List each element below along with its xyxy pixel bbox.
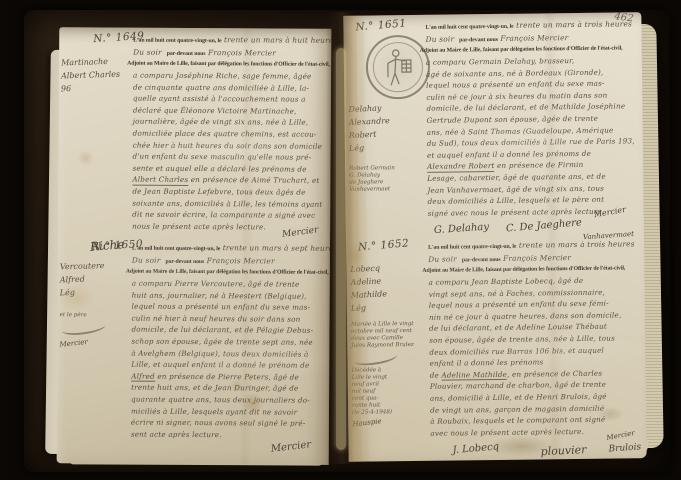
party-signature: G. Delahay (434, 222, 490, 237)
right-page: 462 N.° 1651 DelahayAlexandreRobertLég R… (343, 12, 646, 462)
form-officer-intro: Du soir par-devant nous François Mercier (132, 254, 326, 268)
margin-name-block: LobecqAdelineMathildeLég Mariée à Lille … (350, 261, 424, 425)
official-signature: Mercier (270, 440, 311, 456)
register-entry-1651: N.° 1651 DelahayAlexandreRobertLég Rober… (343, 18, 644, 236)
child-name-underlined: Adeline Mathilde (441, 370, 507, 381)
name-line-suffix: en présence de Firmin (494, 160, 583, 170)
name-line-prefix: de (430, 370, 442, 379)
margin-signature: Mercier (59, 334, 127, 349)
printed-form-text: L'an mil huit cent quatre-vingt-un, le (133, 38, 221, 45)
handwritten-line: schop son épouse, âgée de trente sept an… (131, 336, 325, 349)
margin-name-line: 96 (61, 80, 129, 95)
handwritten-line: d'un enfant du sexe masculin qu'elle nou… (133, 151, 327, 164)
margin-name-block: DelahayAlexandreRobertLég Robert Germain… (348, 101, 421, 194)
margin-marriage-note-line: Jules Raymond Brulez (351, 342, 423, 350)
handwritten-time: Du soir (132, 255, 161, 264)
handwritten-line: quarante quatre ans, tous deux journalie… (131, 394, 325, 407)
name-line-suffix: en présence de Aimé Truchart, et (188, 175, 319, 185)
name-line-suffix: , en présence de Charles (507, 368, 602, 378)
margin-name-lines: VercoutereAlfredLég (60, 259, 128, 298)
child-name-underlined: Alexandre Robert (427, 161, 495, 172)
margin-mentions: Robert GermainG. Delahayde JaeghereVanha… (349, 165, 421, 194)
party-signature: plouvier (540, 443, 586, 458)
photo-background: { "page_number": "462", "printed": { "ye… (0, 0, 681, 480)
body-lines-before: a comparu Joséphine Riche, sage femme, â… (132, 70, 327, 176)
handwritten-time: Du soir (426, 34, 455, 43)
form-officer-intro: Du soir par-devant nous François Mercier (133, 46, 327, 60)
handwritten-line: avec nous le présent acte après lecture. (430, 425, 630, 439)
body-lines-before: a comparu Jean Baptiste Lobecq, âgé devi… (428, 274, 629, 369)
entry-number: N.° 1652 (358, 237, 410, 253)
officiant-name: François Mercier (500, 33, 568, 43)
body-lines-after: Plouvier, marchand de charbon, âgé de tr… (430, 379, 631, 439)
margin-note: et le père (60, 312, 128, 319)
handwritten-time: Du soir (428, 254, 457, 263)
form-date-line: L'an mil huit cent quatre-vingt-un, le t… (133, 34, 327, 48)
party-signature: C. De Jaeghere (506, 218, 583, 235)
margin-name-line: Lég (60, 284, 128, 299)
margin-name-lines: LobecqAdelineMathildeLég (350, 261, 423, 314)
margin-note-line: et le père (60, 312, 128, 319)
signature-row: J. Lobecq plouvier Brulois Mercier (431, 440, 631, 462)
officiant-name: François Mercier (503, 253, 571, 263)
child-name-underlined: Alfred (131, 371, 155, 382)
handwritten-line: sent acte après lecture. (131, 428, 325, 441)
printed-form-text: par-devant nous (462, 256, 501, 262)
body-lines-after: de Jean Baptiste Lefebvre, tous deux âgé… (132, 186, 326, 234)
margin-name-lines: DelahayAlexandreRobertLég (348, 101, 421, 154)
handwritten-date: trente un mars à sept heures (223, 243, 332, 253)
margin-name-lines: MartinacheAlbert Charles96 (61, 55, 129, 94)
handwritten-date: trente un mars à trois heures (519, 239, 635, 249)
stamp-figure-icon (381, 47, 415, 87)
party-signature: J. Lobecq (452, 442, 499, 457)
handwritten-line: du Sud), tous deux domiciliés à Lille ru… (427, 136, 627, 150)
margin-death-note: Décédée àLille le vingtneuf avrilmil neu… (352, 367, 425, 417)
register-entry-1652: N.° 1652 LobecqAdelineMathildeLég Mariée… (346, 238, 647, 460)
entry-body: L'an mil huit cent quatre-vingt-un, le t… (425, 18, 628, 242)
entry-body: L'an mil huit cent quatre-vingt-un, le t… (132, 34, 327, 256)
signature-flourish (353, 348, 398, 368)
handwritten-line: dit ne savoir écrire, la comparante a si… (132, 209, 326, 222)
body-lines-before: a comparu Germain Delahay, brasseur,âgé … (426, 54, 627, 161)
margin-name-line: Lég (351, 299, 424, 315)
repair-tape (336, 48, 346, 450)
printed-form-text: par-devant nous (165, 258, 204, 264)
register-entry-1650: N.° 1650 VercoutereAlfredLég et le père … (57, 241, 330, 461)
margin-mention-line: Vanhavermaet (349, 186, 421, 194)
margin-marriage-note: Mariée à Lille le vingtoctobre mil neuf … (351, 321, 423, 350)
handwritten-line: a comparu Joséphine Riche, sage femme, â… (133, 70, 327, 83)
entry-number: N.° 1651 (355, 17, 407, 33)
form-date-line: L'an mil huit cent quatre-vingt-un, le t… (428, 238, 628, 253)
margin-name-block: MartinacheAlbert Charles96 (61, 55, 129, 94)
handwritten-line: écrire ni signer, nous avons seul signé … (131, 417, 325, 430)
printed-form-text: L'an mil huit cent quatre-vingt-un, le (428, 244, 516, 251)
handwritten-line: a comparu Pierre Vercoutere, âgé de tren… (132, 278, 326, 291)
handwritten-time: Du soir (133, 47, 162, 56)
officiant-name: François Mercier (207, 256, 275, 265)
entry-body: L'an mil huit cent quatre-vingt-un, le t… (428, 238, 631, 461)
name-line-suffix: en présence de Pierre Peters, âgé de (155, 372, 299, 382)
handwritten-line: domiciliée place des quatre chemins, est… (133, 128, 327, 141)
margin-name-block: VercoutereAlfredLég et le père Mercier (59, 259, 128, 345)
signature-row: Mercier (131, 443, 325, 464)
form-date-line: L'an mil huit cent quatre-vingt-un, le t… (132, 242, 326, 256)
handwritten-line: à Roubaix, lesquels et le comparant ont … (430, 413, 630, 427)
margin-name-line: Lég (349, 139, 422, 155)
register-entry-1649: N.° 1649 MartinacheAlbert Charles96 L'an… (58, 33, 331, 241)
handwritten-line: lequel nous a présenté un enfant du sexe… (132, 301, 326, 314)
printed-form-text: par-devant nous (167, 50, 206, 56)
left-page: N.° 1649 MartinacheAlbert Charles96 L'an… (57, 27, 332, 465)
handwritten-line: Lille, et auquel enfant il a donné le pr… (131, 359, 325, 372)
handwritten-line: de Jean Baptiste Lefebvre, tous deux âgé… (132, 186, 326, 199)
officiant-name: François Mercier (208, 48, 276, 57)
form-date-line: L'an mil huit cent quatre-vingt-un, le t… (425, 18, 625, 33)
child-name-underlined: Albert Charles (132, 175, 188, 186)
handwritten-date: trente un mars à huit heures (224, 35, 331, 45)
party-signature: Brulois (608, 443, 641, 455)
body-lines-before: a comparu Pierre Vercoutere, âgé de tren… (131, 278, 326, 372)
printed-form-text: L'an mil huit cent quatre-vingt-un, le (132, 246, 220, 253)
signature-flourish (61, 318, 106, 337)
printed-form-text: L'an mil huit cent quatre-vingt-un, le (425, 24, 513, 31)
printed-form-text: par-devant nous (459, 36, 498, 42)
handwritten-line: quelle ayant assisté à l'accouchement no… (133, 93, 327, 106)
body-lines-after: trente huit ans, et de Jean Duringer, âg… (131, 382, 325, 441)
entry-body: L'an mil huit cent quatre-vingt-un, le t… (131, 242, 326, 464)
city-seal-stamp (366, 35, 431, 100)
